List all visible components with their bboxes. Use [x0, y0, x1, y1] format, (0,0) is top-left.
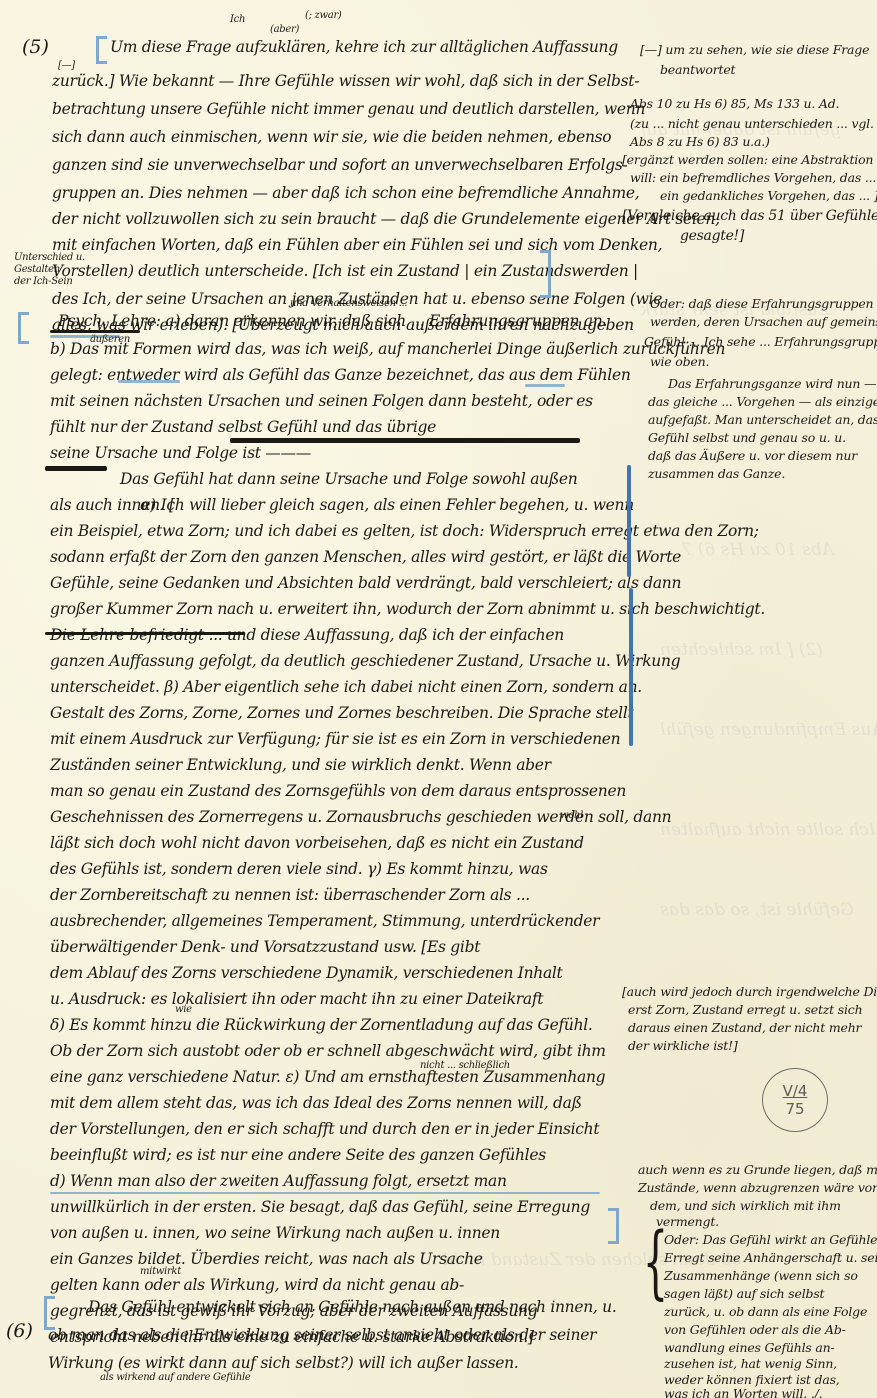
margin-note-2: Abs 10 zu Hs 6) 85, Ms 133 u. Ad. — [630, 96, 839, 111]
psych-line: ganzen Auffassung gefolgt, da deutlich g… — [50, 652, 680, 670]
margin-note-4: [Vergleiche auch das 51 über Gefühle — [622, 208, 877, 224]
psych-line: dem Ablauf des Zorns verschiedene Dynami… — [50, 964, 562, 982]
blue-bracket-open — [44, 1296, 55, 1330]
margin-note-a: wie oben. — [650, 354, 709, 369]
bleed-through-text: Ich sollte nicht aufhalten — [660, 820, 876, 840]
insertion: wie — [175, 1004, 192, 1015]
psych-line: Die Lehre befriedigt ... und diese Auffa… — [50, 626, 564, 644]
psych-line: Zuständen seiner Entwicklung, und sie wi… — [50, 756, 551, 774]
s5-line-2: zurück.] Wie bekannt — Ihre Gefühle wiss… — [52, 72, 639, 90]
margin-note-e: Erregt seine Anhängerschaft u. seine — [664, 1250, 877, 1265]
margin-note-2: (zu ... nicht genau unterschieden ... vg… — [630, 116, 877, 131]
bleed-through-text: Abs 10 zu Hs 6) 7 ... — [660, 540, 834, 560]
margin-note-c: der wirkliche ist!] — [628, 1038, 738, 1053]
s5-line-8: mit einfachen Worten, daß ein Fühlen abe… — [52, 236, 662, 254]
insertion-mark: [—] — [58, 60, 75, 71]
margin-note-b: zusammen das Ganze. — [648, 466, 785, 481]
margin-left-note: Unterschied u. — [14, 252, 85, 263]
psych-line: Ob der Zorn sich austobt oder ob er schn… — [50, 1042, 606, 1060]
s5-line-1: Um diese Frage aufzuklären, kehre ich zu… — [110, 38, 618, 56]
insertion-ich: Ich — [230, 14, 245, 25]
margin-note-1: beantwortet — [660, 62, 735, 77]
psych-line: mit dem allem steht das, was ich das Ide… — [50, 1094, 582, 1112]
s5-line-7: der nicht vollzuwollen sich zu sein brau… — [52, 210, 720, 228]
margin-note-e: zusehen ist, hat wenig Sinn, — [664, 1356, 837, 1371]
margin-note-2: Abs 8 zu Hs 6) 83 u.a.) — [630, 134, 770, 149]
blue-bracket-close — [540, 250, 551, 298]
psych-line: läßt sich doch wohl nicht davon vorbeise… — [50, 834, 584, 852]
psych-line: der Vorstellungen, den er sich schafft u… — [50, 1120, 599, 1138]
psych-line: der Zornbereitschaft zu nennen ist: über… — [50, 886, 530, 904]
s5-line-4: sich dann auch einmischen, wenn wir sie,… — [52, 128, 611, 146]
margin-note-b: aufgefaßt. Man unterscheidet an, das — [648, 412, 877, 427]
margin-note-c: daraus einen Zustand, der nicht mehr — [628, 1020, 861, 1035]
insertion: wohl — [560, 810, 583, 821]
s5-line-6: gruppen an. Dies nehmen — aber daß ich s… — [52, 184, 639, 202]
insertion: und Verhaltensweisen ... — [290, 298, 407, 309]
margin-note-c: [auch wird jedoch durch irgendwelche Din… — [622, 984, 877, 999]
psych-line: b) Das mit Formen wird das, was ich weiß… — [50, 340, 725, 358]
psych-line: Das Gefühl hat dann seine Ursache und Fo… — [120, 470, 577, 488]
psych-line: beeinflußt wird; es ist nur eine andere … — [50, 1146, 546, 1164]
psych-line: ein Ganzes bildet. Überdies reicht, was … — [50, 1250, 483, 1268]
bleed-through-text: (2) [ Im schlechten — [660, 640, 823, 660]
margin-note-e: sagen läßt) auf sich selbst — [664, 1286, 824, 1301]
margin-note-c: erst Zorn, Zustand erregt u. setzt sich — [628, 1002, 862, 1017]
margin-note-d: Zustände, wenn abzugrenzen wäre von — [638, 1180, 877, 1195]
margin-note-a: Gefühl ... Ich sehe ... Erfahrungsgruppe… — [644, 334, 877, 349]
margin-note-b: daß das Äußere u. vor diesem nur — [648, 448, 857, 463]
psych-line: ein Beispiel, etwa Zorn; und ich dabei e… — [50, 522, 759, 540]
archive-stamp: V/4 75 — [762, 1068, 828, 1132]
psych-line: überwältigender Denk- und Vorsatzzustand… — [50, 938, 480, 956]
margin-note-3: [ergänzt werden sollen: eine Abstraktion — [622, 152, 873, 167]
psych-heading: Psych. Lehre: a) daran erkennen wir, daß… — [58, 312, 607, 330]
margin-note-3: will: ein befremdliches Vorgehen, das ..… — [630, 170, 876, 185]
margin-note-a: werden, deren Ursachen auf gemeinsame — [650, 314, 877, 329]
psych-line: sodann erfaßt der Zorn den ganzen Mensch… — [50, 548, 681, 566]
psych-line: Gestalt des Zorns, Zorne, Zornes und Zor… — [50, 704, 633, 722]
margin-note-e: wandlung eines Gefühls an- — [664, 1340, 835, 1355]
psych-line: fühlt nur der Zustand selbst Gefühl und … — [50, 418, 436, 436]
bleed-through-text: Aus Empfindungen gefühl — [660, 720, 877, 740]
psych-line: des Gefühls ist, sondern deren viele sin… — [50, 860, 548, 878]
psych-line: u. Ausdruck: es lokalisiert ihn oder mac… — [50, 990, 543, 1008]
psych-line: α) Ich will lieber gleich sagen, als ein… — [140, 496, 634, 514]
margin-note-4: gesagte!] — [680, 228, 744, 244]
blue-bracket-close — [608, 1208, 619, 1244]
archive-signature: V/4 — [783, 1082, 808, 1100]
s6-line-1: Das Gefühl entwickelt sich an Gefühle na… — [88, 1298, 616, 1316]
margin-note-b: das gleiche ... Vorgehen — als einziges … — [648, 394, 877, 409]
heading-underline — [50, 330, 140, 333]
margin-note-d: auch wenn es zu Grunde liegen, daß man — [638, 1162, 877, 1177]
margin-note-e: was ich an Worten will. ./. — [664, 1386, 822, 1398]
s6-line-3: Wirkung (es wirkt dann auf sich selbst?)… — [48, 1354, 518, 1372]
strikethrough — [230, 438, 580, 443]
s6-line-2: ob man das als die Entwicklung seiner se… — [48, 1326, 596, 1344]
psych-line: Gefühle, seine Gedanken und Absichten ba… — [50, 574, 681, 592]
blue-bracket-open — [18, 312, 29, 344]
insertion: als wirkend auf andere Gefühle — [100, 1372, 251, 1383]
psych-line: unwillkürlich in der ersten. Sie besagt,… — [50, 1198, 590, 1216]
psych-line: man so genau ein Zustand des Zornsgefühl… — [50, 782, 626, 800]
s5-line-5: ganzen sind sie unverwechselbar und sofo… — [52, 156, 627, 174]
blue-bracket-open — [96, 36, 107, 64]
psych-line: eine ganz verschiedene Natur. ε) Und am … — [50, 1068, 605, 1086]
psych-line: von außen u. innen, wo seine Wirkung nac… — [50, 1224, 500, 1242]
margin-note-e: von Gefühlen oder als die Ab- — [664, 1322, 846, 1337]
section-number-6: (6) — [6, 1320, 33, 1342]
psych-line: mit einem Ausdruck zur Verfügung; für si… — [50, 730, 620, 748]
insertion-aber: (aber) — [270, 24, 299, 35]
strikethrough — [45, 632, 245, 635]
margin-note-3: ein gedankliches Vorgehen, das ... ] — [660, 188, 877, 203]
psych-line: unterscheidet. β) Aber eigentlich sehe i… — [50, 678, 642, 696]
margin-note-a: Oder: daß diese Erfahrungsgruppen — [650, 296, 873, 311]
psych-line: δ) Es kommt hinzu die Rückwirkung der Zo… — [50, 1016, 593, 1034]
margin-note-e: Zusammenhänge (wenn sich so — [664, 1268, 858, 1283]
strikethrough — [45, 466, 107, 471]
archive-page-number: 75 — [785, 1100, 804, 1118]
psych-line: großer Kummer Zorn nach u. erweitert ihn… — [50, 600, 765, 618]
margin-note-e: Oder: Das Gefühl wirkt an Gefühle — [664, 1232, 877, 1247]
margin-note-d: dem, und sich wirklich mit ihm — [650, 1198, 841, 1213]
s5-line-3: betrachtung unsere Gefühle nicht immer g… — [52, 100, 645, 118]
psych-line: d) Wenn man also der zweiten Auffassung … — [50, 1172, 507, 1190]
manuscript-page: gefühl ist dabei mit auf Zustand ist seh… — [0, 0, 877, 1398]
psych-line: seine Ursache und Folge ist ——— — [50, 444, 311, 462]
psych-line: ausbrechender, allgemeines Temperament, … — [50, 912, 599, 930]
bleed-through-text: Gefühle ist, so das das — [660, 900, 854, 920]
blue-underline — [525, 384, 565, 387]
margin-left-note: Gestalten — [14, 264, 60, 275]
margin-note-1: [—] um zu sehen, wie sie diese Frage — [640, 42, 869, 57]
psych-line: gelten kann oder als Wirkung, wird da ni… — [50, 1276, 464, 1294]
insertion-zwar: (; zwar) — [305, 10, 342, 21]
blue-pencil-margin-line — [627, 465, 631, 577]
margin-note-b: Gefühl selbst und genau so u. u. — [648, 430, 846, 445]
section-number-5: (5) — [22, 36, 49, 58]
margin-left-note: der Ich-Sein — [14, 276, 72, 287]
blue-underline — [118, 380, 180, 383]
margin-note-b: Das Erfahrungsganze wird nun — aber — [668, 376, 877, 391]
psych-line: mit seinen nächsten Ursachen und seinen … — [50, 392, 593, 410]
blue-underline — [50, 1192, 600, 1194]
blue-pencil-margin-line — [629, 588, 633, 746]
margin-note-e: weder können fixiert ist das, — [664, 1372, 840, 1387]
margin-note-e: zurück, u. ob dann als eine Folge — [664, 1304, 867, 1319]
